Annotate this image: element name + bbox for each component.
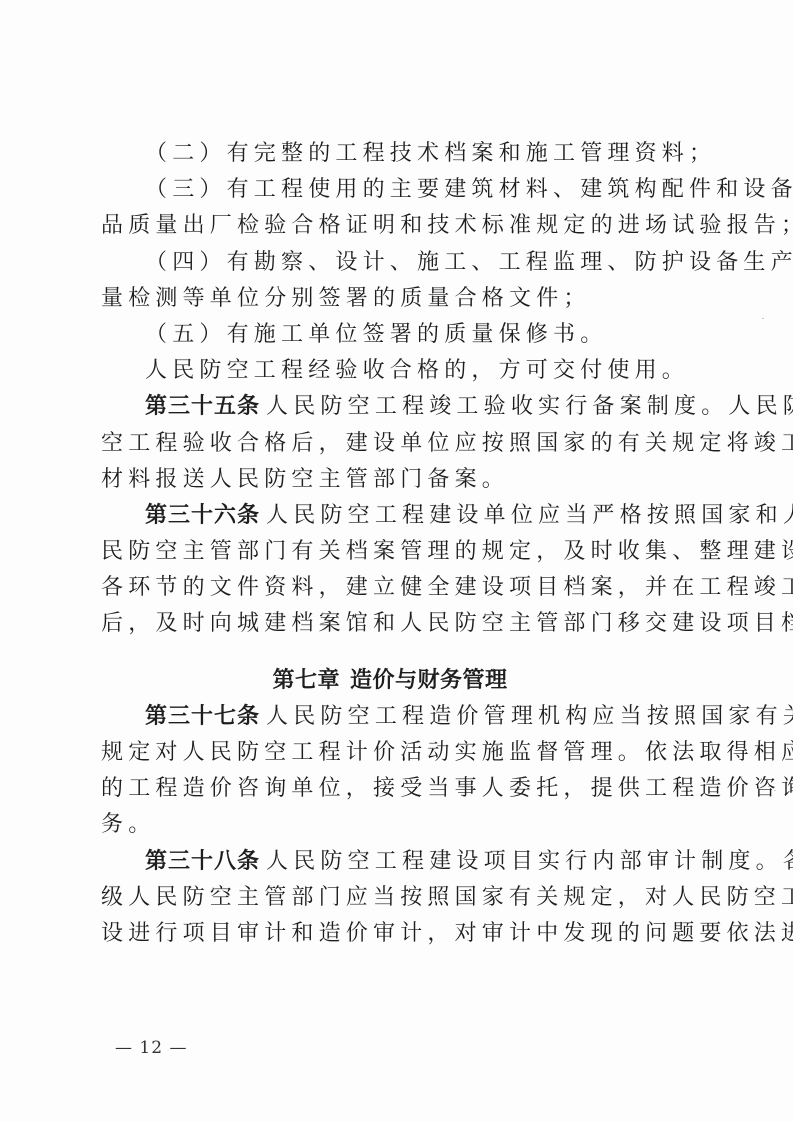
- list-item-4-line-1: （四）有勘察、设计、施工、工程监理、防护设备生产和质: [101, 245, 689, 281]
- article-37-line-1: 第三十七条人民防空工程造价管理机构应当按照国家有关: [101, 699, 689, 735]
- article-35-number: 第三十五条: [145, 394, 260, 419]
- chapter-heading: 第七章造价与财务管理: [101, 663, 689, 699]
- article-37-line-4: 务。: [101, 807, 689, 843]
- scan-speck: [762, 318, 764, 319]
- article-36-line-2: 民防空主管部门有关档案管理的规定，及时收集、整理建设项目: [101, 534, 689, 570]
- article-38-number: 第三十八条: [145, 849, 260, 874]
- article-36-number: 第三十六条: [145, 503, 260, 528]
- article-37-line-2: 规定对人民防空工程计价活动实施监督管理。依法取得相应资质: [101, 735, 689, 771]
- article-37-text-1: 人民防空工程造价管理机构应当按照国家有关: [266, 704, 793, 729]
- list-item-3-line-1: （三）有工程使用的主要建筑材料、建筑构配件和设备的产: [101, 172, 689, 208]
- article-35-text-1: 人民防空工程竣工验收实行备案制度。人民防: [266, 394, 793, 419]
- article-36-line-3: 各环节的文件资料，建立健全建设项目档案，并在工程竣工验收: [101, 570, 689, 606]
- chapter-title: 造价与财务管理: [350, 668, 508, 693]
- article-35-line-3: 材料报送人民防空主管部门备案。: [101, 462, 689, 498]
- closing-paragraph: 人民防空工程经验收合格的，方可交付使用。: [101, 353, 689, 389]
- article-38-text-1: 人民防空工程建设项目实行内部审计制度。各: [266, 849, 793, 874]
- list-item-3-line-2: 品质量出厂检验合格证明和技术标准规定的进场试验报告；: [101, 208, 689, 244]
- chapter-number: 第七章: [272, 668, 340, 693]
- article-37-line-3: 的工程造价咨询单位，接受当事人委托，提供工程造价咨询和服: [101, 771, 689, 807]
- scan-speck: [774, 790, 776, 791]
- article-38-line-2: 级人民防空主管部门应当按照国家有关规定，对人民防空工程建: [101, 880, 689, 916]
- list-item-2: （二）有完整的工程技术档案和施工管理资料；: [101, 136, 689, 172]
- article-35-line-2: 空工程验收合格后，建设单位应按照国家的有关规定将竣工备案: [101, 426, 689, 462]
- article-38-line-3: 设进行项目审计和造价审计，对审计中发现的问题要依法进行处: [101, 916, 689, 952]
- list-item-4-line-2: 量检测等单位分别签署的质量合格文件；: [101, 281, 689, 317]
- scan-speck: [768, 786, 770, 787]
- document-page-body: （二）有完整的工程技术档案和施工管理资料； （三）有工程使用的主要建筑材料、建筑…: [101, 136, 689, 952]
- list-item-5: （五）有施工单位签署的质量保修书。: [101, 317, 689, 353]
- page-number: — 12 —: [115, 1038, 187, 1058]
- article-36-line-4: 后，及时向城建档案馆和人民防空主管部门移交建设项目档案。: [101, 606, 689, 642]
- article-37-number: 第三十七条: [145, 704, 260, 729]
- article-36-line-1: 第三十六条人民防空工程建设单位应当严格按照国家和人: [101, 498, 689, 534]
- article-38-line-1: 第三十八条人民防空工程建设项目实行内部审计制度。各: [101, 844, 689, 880]
- article-35-line-1: 第三十五条人民防空工程竣工验收实行备案制度。人民防: [101, 389, 689, 425]
- article-36-text-1: 人民防空工程建设单位应当严格按照国家和人: [266, 503, 793, 528]
